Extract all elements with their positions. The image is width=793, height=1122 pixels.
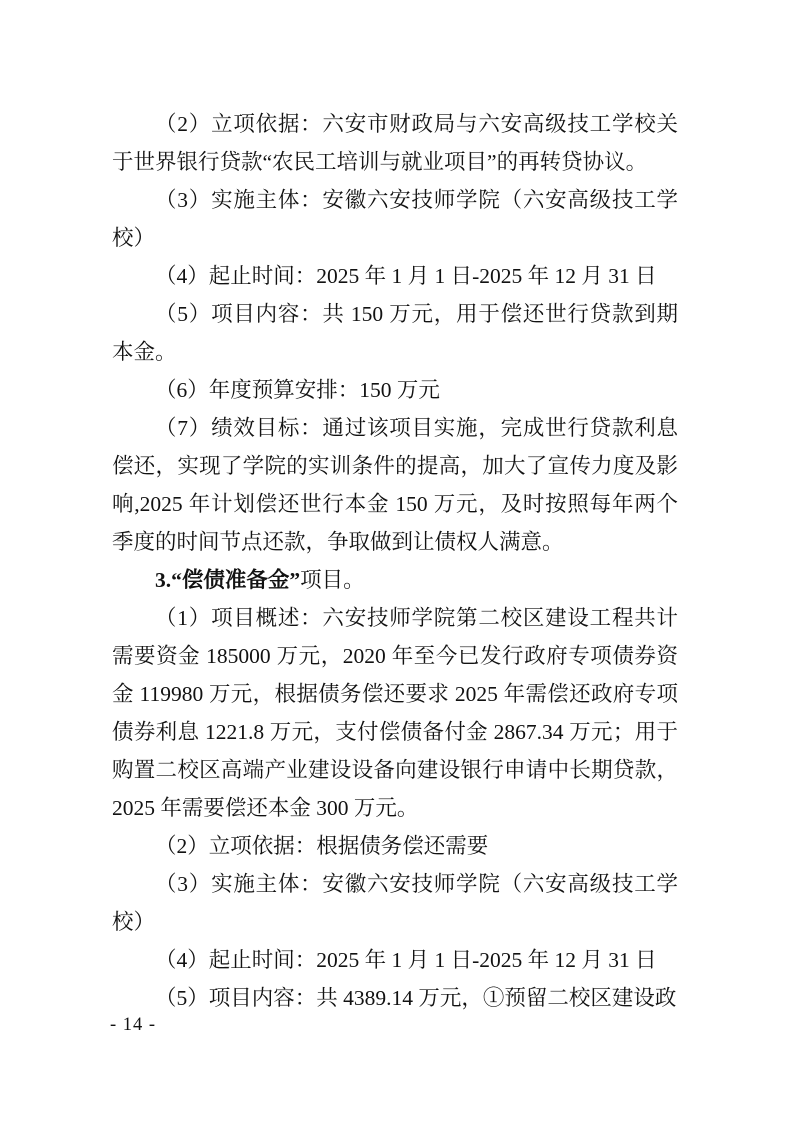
section-heading-rest: 项目。 <box>300 568 365 592</box>
para-proj3-period: （4）起止时间：2025 年 1 月 1 日-2025 年 12 月 31 日 <box>112 941 678 979</box>
para-proj3-entity: （3）实施主体：安徽六安技师学院（六安高级技工学校） <box>112 865 678 941</box>
para-proj2-entity: （3）实施主体：安徽六安技师学院（六安高级技工学校） <box>112 181 678 257</box>
document-page: （2）立项依据：六安市财政局与六安高级技工学校关于世界银行贷款“农民工培训与就业… <box>0 0 793 1122</box>
section-heading-bold: 3.“偿债准备金” <box>155 568 300 592</box>
para-proj3-overview: （1）项目概述：六安技师学院第二校区建设工程共计需要资金 185000 万元，2… <box>112 599 678 827</box>
para-proj2-basis: （2）立项依据：六安市财政局与六安高级技工学校关于世界银行贷款“农民工培训与就业… <box>112 105 678 181</box>
para-proj2-budget: （6）年度预算安排：150 万元 <box>112 371 678 409</box>
para-proj2-performance: （7）绩效目标：通过该项目实施，完成世行贷款利息偿还，实现了学院的实训条件的提高… <box>112 409 678 561</box>
section-heading-project-3: 3.“偿债准备金”项目。 <box>112 561 678 599</box>
page-number: - 14 - <box>110 1010 156 1040</box>
para-proj3-basis: （2）立项依据：根据债务偿还需要 <box>112 827 678 865</box>
para-proj3-content: （5）项目内容：共 4389.14 万元，①预留二校区建设政 <box>112 979 678 1017</box>
para-proj2-period: （4）起止时间：2025 年 1 月 1 日-2025 年 12 月 31 日 <box>112 257 678 295</box>
document-body: （2）立项依据：六安市财政局与六安高级技工学校关于世界银行贷款“农民工培训与就业… <box>112 105 678 1017</box>
para-proj2-content: （5）项目内容：共 150 万元，用于偿还世行贷款到期本金。 <box>112 295 678 371</box>
